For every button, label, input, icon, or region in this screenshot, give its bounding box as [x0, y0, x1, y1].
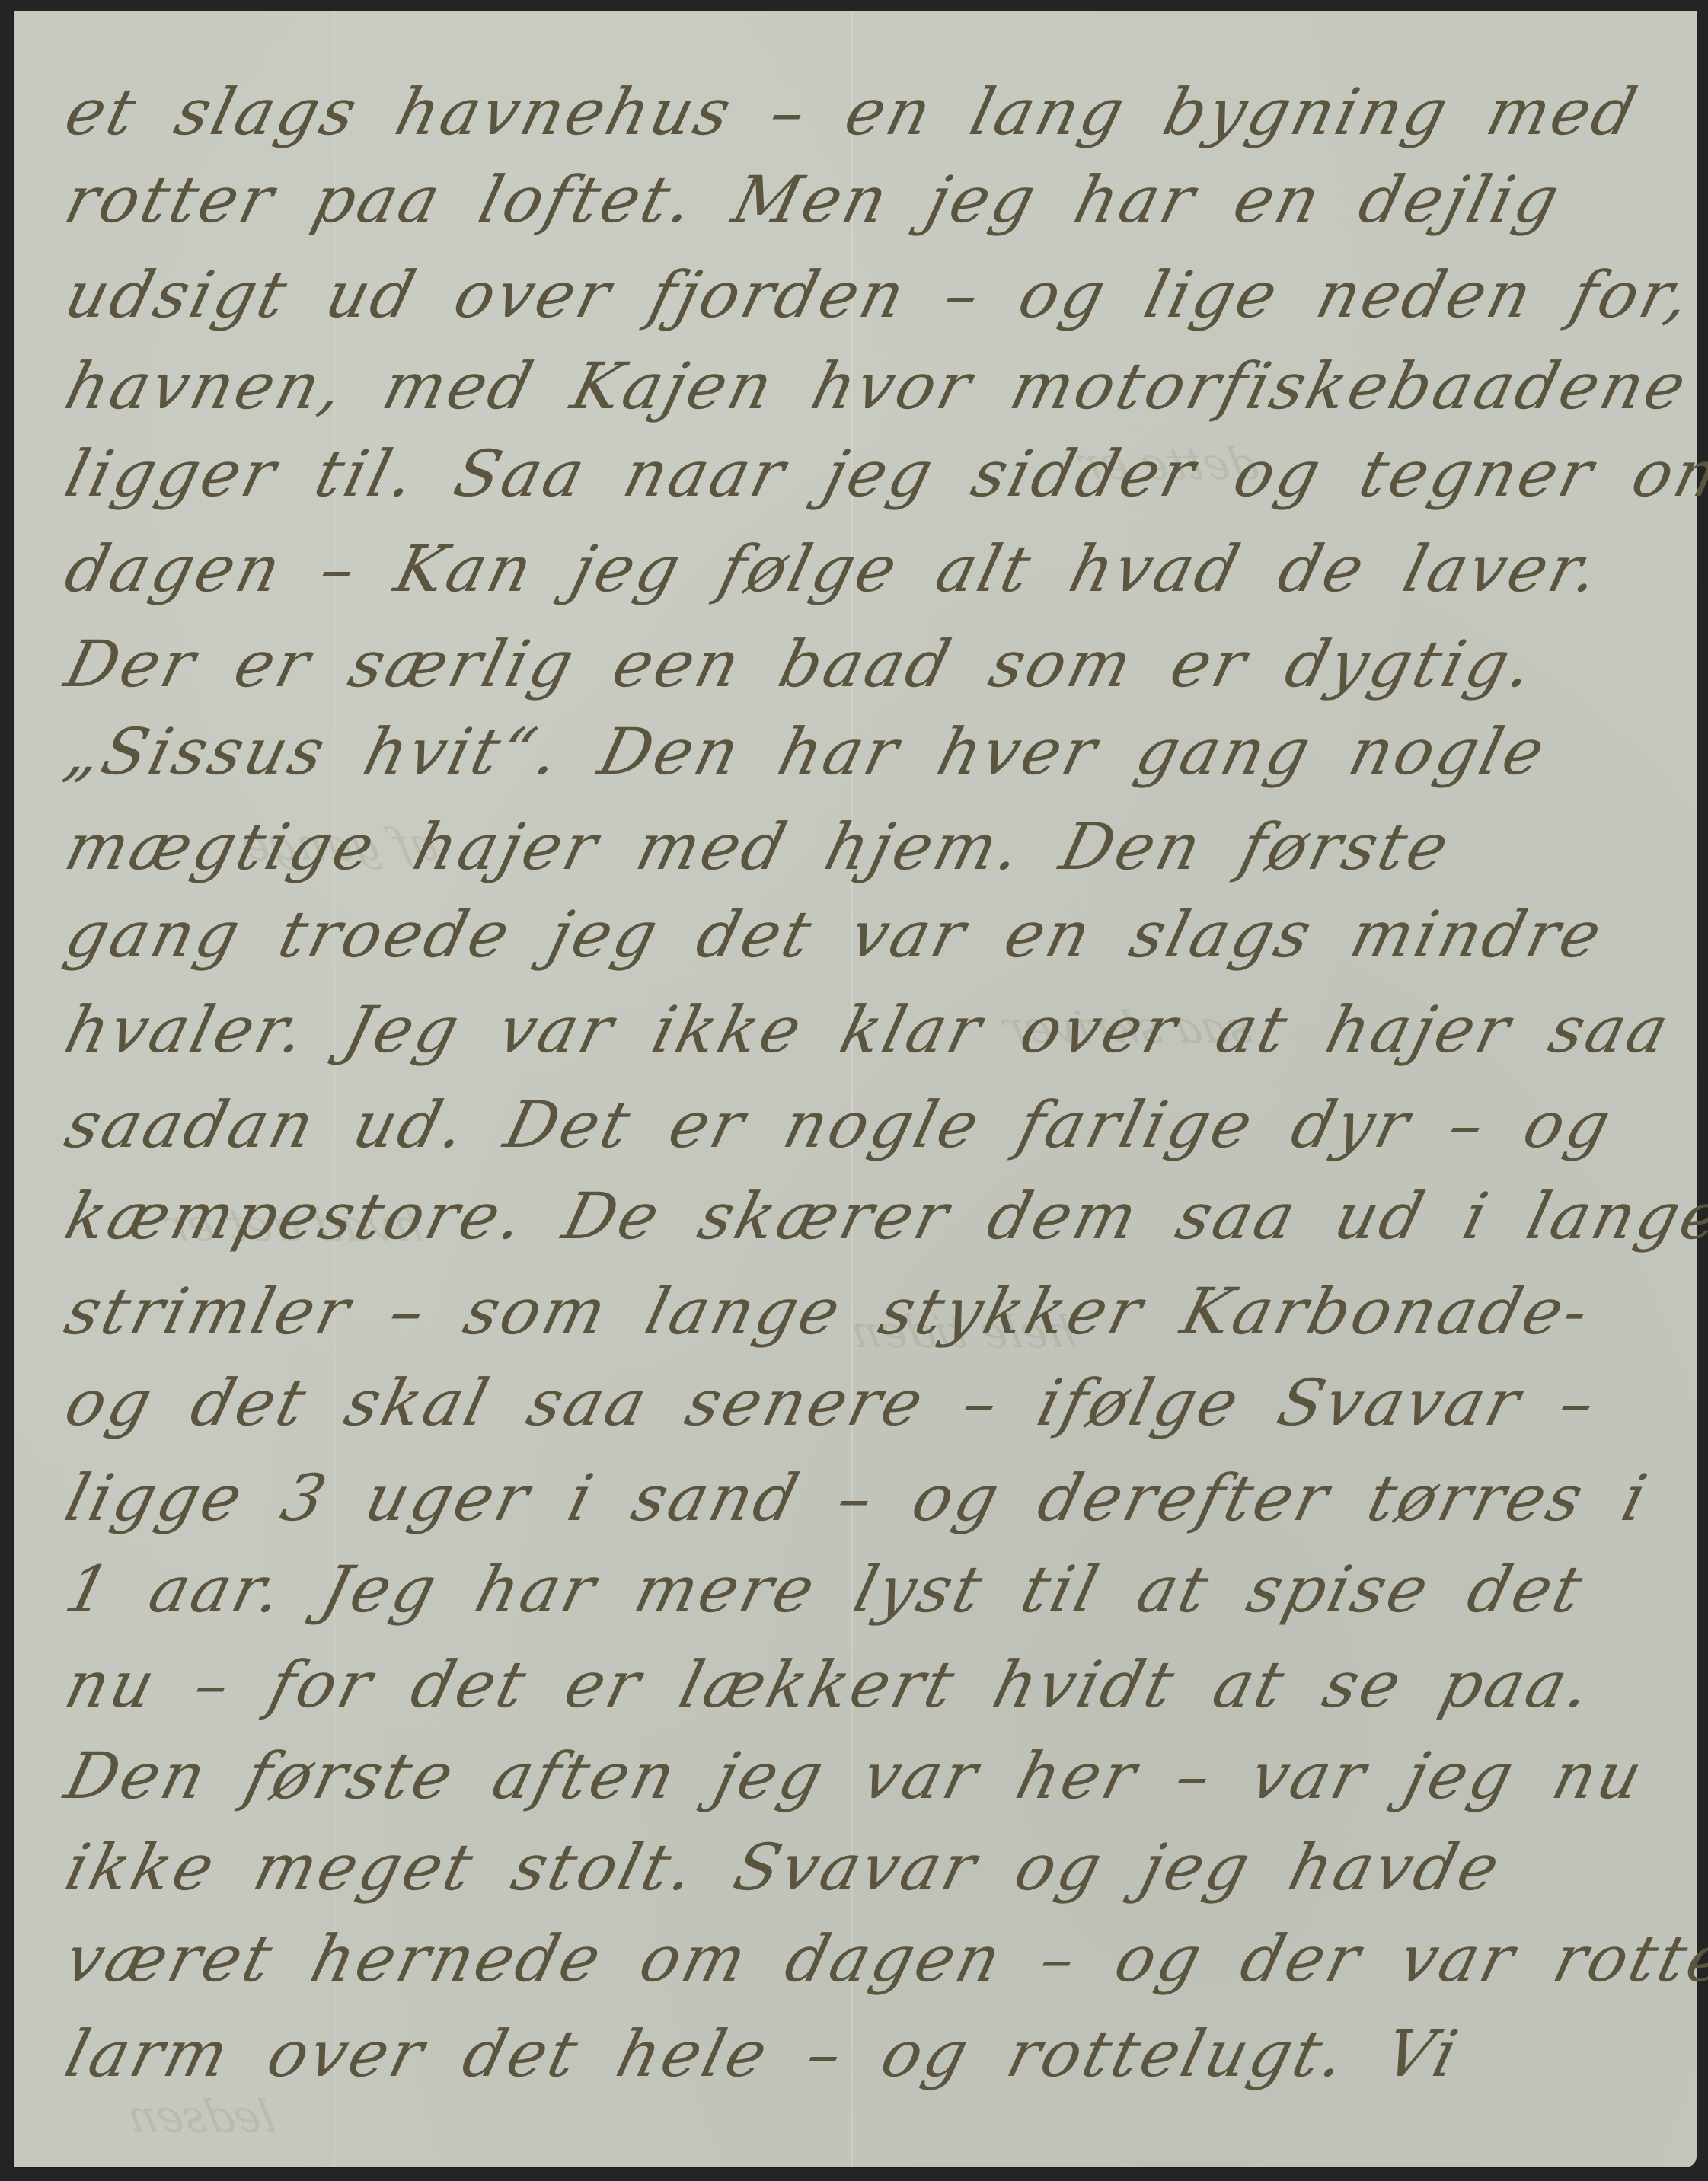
text-line: saadan ud. Det er nogle farlige dyr – og: [59, 1093, 1619, 1157]
text-line: ligger til. Saa naar jeg sidder og tegne…: [59, 442, 1708, 506]
text-line: ikke meget stolt. Svavar og jeg havde: [59, 1835, 1508, 1899]
text-line: larm over det hele – og rottelugt. Vi: [59, 2022, 1467, 2086]
letter-page: dette er af gange saa skriver hvad det e…: [14, 11, 1697, 2167]
text-line: nu – for det er lækkert hvidt at se paa.: [59, 1653, 1600, 1716]
text-line: været hernede om dagen – og der var rott…: [59, 1927, 1708, 1991]
text-line: ligge 3 uger i sand – og derefter tørres…: [59, 1466, 1655, 1530]
text-line: dagen – Kan jeg følge alt hvad de laver.: [59, 537, 1608, 601]
text-line: 1 aar. Jeg har mere lyst til at spise de…: [59, 1557, 1591, 1621]
text-line: „Sissus hvit“. Den har hver gang nogle: [59, 720, 1553, 784]
text-line: og det skal saa senere – ifølge Svavar –: [59, 1371, 1604, 1435]
text-line: et slags havnehus – en lang bygning med: [59, 80, 1646, 144]
text-line: Der er særlig een baad som er dygtig.: [59, 632, 1542, 696]
text-line: kæmpestore. De skærer dem saa ud i lange: [59, 1184, 1708, 1248]
text-line: strimler – som lange stykker Karbonade-: [59, 1279, 1598, 1343]
text-line: mægtige hajer med hjem. Den første: [59, 815, 1457, 879]
text-line: udsigt ud over fjorden – og lige neden f…: [59, 263, 1699, 327]
text-line: Den første aften jeg var her – var jeg n…: [59, 1744, 1651, 1808]
text-line: havnen, med Kajen hvor motorfiskebaadene: [59, 354, 1695, 418]
text-line: hvaler. Jeg var ikke klar over at hajer …: [59, 998, 1678, 1062]
text-line: gang troede jeg det var en slags mindre: [59, 902, 1611, 966]
text-line: rotter paa loftet. Men jeg har en dejlig: [59, 168, 1568, 232]
